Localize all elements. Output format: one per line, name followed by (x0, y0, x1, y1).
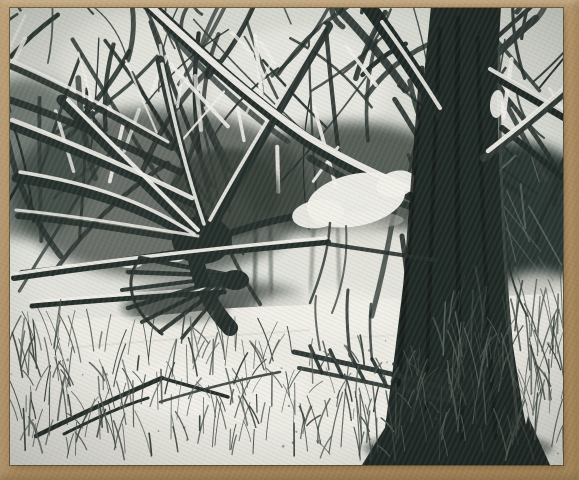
photograph (10, 8, 563, 465)
tone-overlay (10, 8, 563, 465)
winter-scene-svg (10, 8, 563, 465)
photo-mount-board (0, 0, 579, 480)
